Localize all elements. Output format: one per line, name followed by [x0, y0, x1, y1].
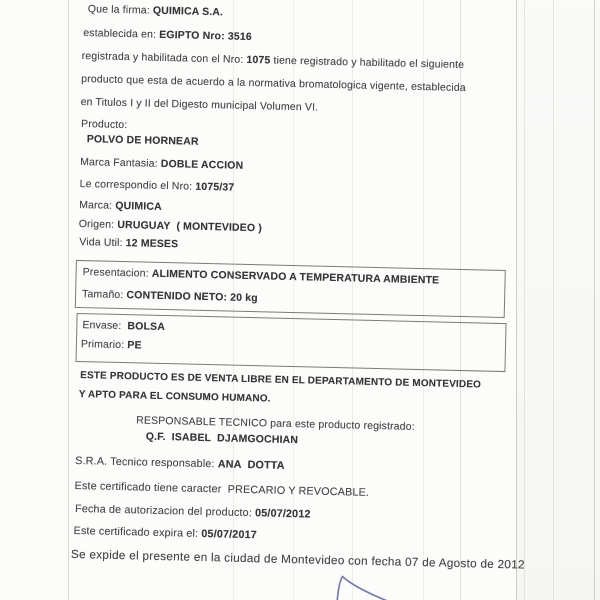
text-line: Y APTO PARA EL CONSUMO HUMANO. [79, 389, 271, 405]
field-value: 05/07/2017 [201, 528, 257, 541]
text-line: ESTE PRODUCTO ES DE VENTA LIBRE EN EL DE… [80, 370, 481, 390]
text-lines: Que la firma: QUIMICA S.A.establecida en… [82, 2, 562, 13]
scanned-certificate-page: Que la firma: QUIMICA S.A.establecida en… [0, 0, 600, 600]
certificate-content: Que la firma: QUIMICA S.A.establecida en… [68, 2, 562, 600]
text-line: Origen: URUGUAY ( MONTEVIDEO ) [79, 218, 262, 234]
text-line: Este certificado expira el: 05/07/2017 [73, 525, 257, 541]
text-line: S.R.A. Tecnico responsable: ANA DOTTA [75, 455, 285, 472]
field-value: Q.F. ISABEL DJAMGOCHIAN [146, 431, 299, 447]
field-value: QUIMICA S.A. [153, 5, 224, 19]
text-line: establecida en: EGIPTO Nro: 3516 [83, 27, 252, 43]
field-value: PE [127, 339, 142, 351]
field-label: Tamaño: [82, 288, 127, 301]
text-line: Primario: PE [81, 338, 142, 351]
text-line: Le correspondio el Nro: 1075/37 [80, 178, 235, 194]
field-value: 1075/37 [195, 181, 234, 194]
field-label: Se expide el presente en la ciudad de Mo… [71, 547, 525, 572]
text-line: Q.F. ISABEL DJAMGOCHIAN [146, 431, 299, 447]
field-label: Que la firma: [88, 3, 153, 17]
field-label: Marca: [79, 199, 115, 212]
text-line: Marca Fantasia: DOBLE ACCION [80, 156, 243, 172]
text-line: Envase: BOLSA [82, 319, 165, 333]
field-label: Producto: [81, 118, 128, 131]
field-label: Origen: [79, 218, 118, 231]
field-value: QUIMICA [115, 200, 162, 213]
text-line: POLVO DE HORNEAR [87, 133, 199, 148]
field-label: en Titulos I y II del Digesto municipal … [81, 96, 319, 114]
field-value: DOBLE ACCION [161, 158, 244, 172]
field-label: Vida Util: [79, 236, 126, 249]
field-value: URUGUAY ( MONTEVIDEO ) [117, 219, 262, 234]
field-label: S.R.A. Tecnico responsable: [75, 455, 218, 470]
text-line: Producto: [81, 118, 128, 131]
field-label: Envase: [82, 319, 127, 332]
field-value: EGIPTO Nro: 3516 [159, 29, 252, 43]
text-line: producto que esta de acuerdo a la normat… [81, 73, 466, 94]
text-line: RESPONSABLE TECNICO para este producto r… [136, 414, 415, 433]
field-value: Y APTO PARA EL CONSUMO HUMANO. [79, 389, 271, 405]
field-value: 05/07/2012 [255, 507, 311, 520]
field-label: RESPONSABLE TECNICO para este producto r… [136, 414, 415, 433]
field-value: 1075 [246, 54, 270, 67]
text-line: Se expide el presente en la ciudad de Mo… [71, 547, 525, 572]
field-value: 12 MESES [126, 237, 179, 250]
text-line: Fecha de autorizacion del producto: 05/0… [75, 503, 311, 521]
field-label: Primario: [81, 338, 128, 351]
field-label: Marca Fantasia: [80, 156, 161, 170]
field-label: Este certificado expira el: [73, 525, 201, 540]
field-label: registrada y habilitada con el Nro: [82, 50, 247, 66]
field-label: Fecha de autorizacion del producto: [75, 503, 255, 519]
field-label: producto que esta de acuerdo a la normat… [81, 73, 466, 94]
text-line: Que la firma: QUIMICA S.A. [88, 3, 224, 18]
field-label: establecida en: [83, 27, 159, 41]
scan-streak [68, 0, 69, 600]
text-line: Este certificado tiene caracter PRECARIO… [74, 480, 369, 499]
text-line: registrada y habilitada con el Nro: 1075… [82, 50, 465, 71]
field-value: ANA DOTTA [218, 458, 285, 472]
field-label: tiene registrado y habilitado el siguien… [270, 54, 464, 71]
field-value: POLVO DE HORNEAR [87, 133, 199, 148]
field-value: ESTE PRODUCTO ES DE VENTA LIBRE EN EL DE… [80, 370, 481, 390]
field-value: BOLSA [127, 320, 165, 333]
field-label: Presentacion: [82, 266, 151, 280]
text-line: en Titulos I y II del Digesto municipal … [81, 96, 319, 114]
text-line: Marca: QUIMICA [79, 199, 162, 213]
text-line: Vida Util: 12 MESES [79, 236, 178, 250]
field-label: Este certificado tiene caracter PRECARIO… [74, 480, 369, 499]
field-label: Le correspondio el Nro: [80, 178, 196, 193]
